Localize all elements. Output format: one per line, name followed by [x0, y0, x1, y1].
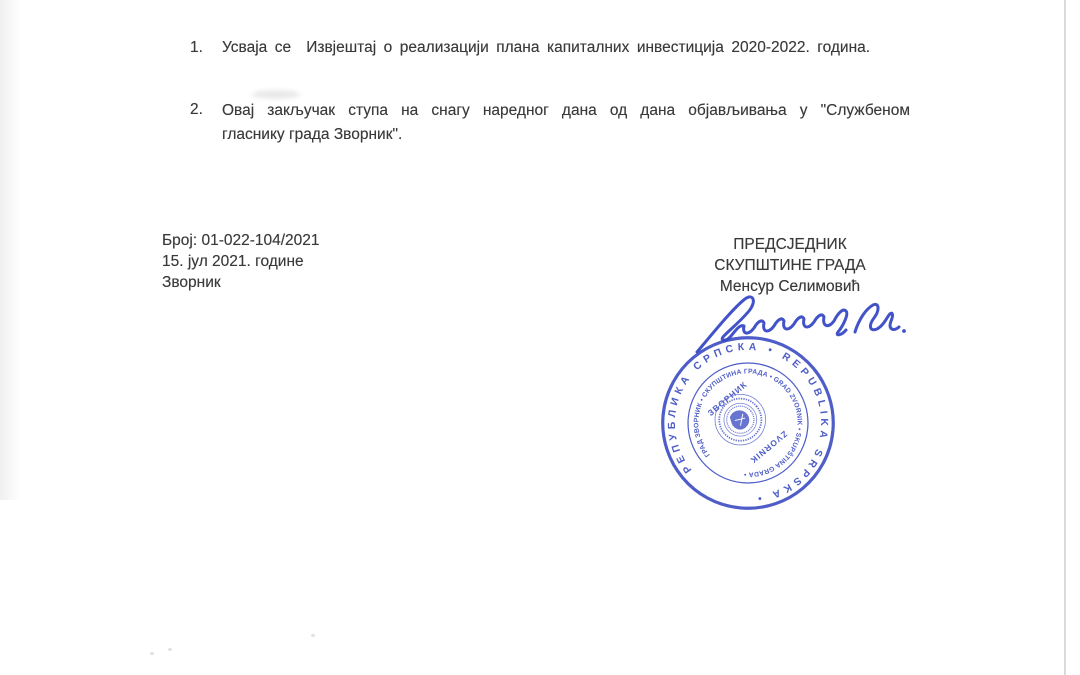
reference-date-line: 15. јул 2021. године — [162, 251, 320, 272]
scan-speck — [168, 648, 172, 651]
item-number: 2. — [190, 99, 222, 147]
scan-smudge — [252, 90, 300, 99]
scanned-document-page: 1. Усваја се Извјештај о реализацији пла… — [0, 0, 1080, 675]
official-stamp: РЕПУБЛИКА СРПСКА • REPUBLIKA SRPSKA • ГР… — [653, 334, 843, 512]
handwritten-signature — [683, 288, 911, 360]
reference-block: Број: 01-022-104/2021 15. јул 2021. годи… — [162, 230, 320, 293]
item-text: Усваја се Извјештај о реализацији плана … — [222, 37, 870, 58]
signatory-title-line-1: ПРЕДСЈЕДНИК — [698, 234, 882, 255]
conclusion-item-1: 1. Усваја се Извјештај о реализацији пла… — [190, 37, 870, 58]
conclusion-item-2: 2. Овај закључак ступа на снагу наредног… — [190, 99, 910, 147]
signature-stroke — [697, 297, 847, 352]
item-text-line-1: Овај закључак ступа на снагу наредног да… — [222, 99, 910, 123]
item-text-line-2: гласнику града Зворник". — [222, 123, 910, 147]
signatory-title-line-2: СКУПШТИНЕ ГРАДА — [698, 255, 882, 276]
signature-initial-m — [855, 304, 899, 332]
item-text: Овај закључак ступа на снагу наредног да… — [222, 99, 910, 147]
reference-number-line: Број: 01-022-104/2021 — [162, 230, 320, 251]
scan-edge-shadow-left — [0, 0, 26, 500]
scan-edge-line-right — [1064, 0, 1066, 675]
scan-speck — [311, 634, 315, 637]
item-number: 1. — [190, 37, 222, 58]
signature-period-dot — [902, 329, 906, 333]
scan-speck — [150, 652, 154, 655]
reference-place-line: Зворник — [162, 272, 320, 293]
